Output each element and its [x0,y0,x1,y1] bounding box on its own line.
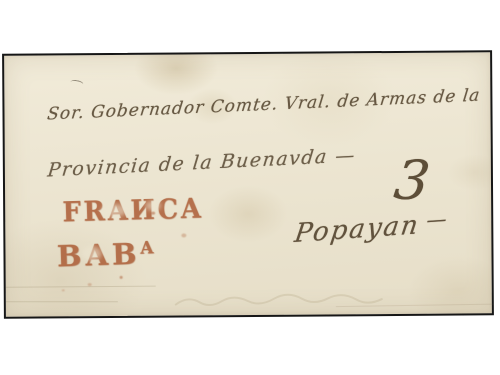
stamp-wear-patch [145,201,161,211]
ink-speck [181,233,186,237]
stamp-wear-patch [81,246,101,261]
small-pen-mark [70,79,84,87]
destination-name: Popayan [293,210,422,249]
ink-speck [62,289,65,291]
destination-script: Popayan — [293,206,449,249]
postmark-baba-superscript: A [140,238,154,258]
ink-speck [120,276,123,279]
ink-speck [151,212,155,215]
photo-canvas: Sor. Gobernador Comte. Vral. de Armas de… [0,0,500,375]
manuscript-rate-marking: 3 [391,148,434,212]
offset-writing-smudge [174,289,394,313]
postmark-baba: BABA [56,236,154,273]
postmark-franca: FRAИCA [62,193,204,228]
address-line-1: Sor. Gobernador Comte. Vral. de Armas de… [46,85,481,124]
address-line-2: Provincia de la Buenavda — [46,144,357,181]
paper-crease [6,301,118,302]
paper-crease [6,286,156,288]
postal-cover: Sor. Gobernador Comte. Vral. de Armas de… [2,50,494,318]
destination-flourish: — [419,206,449,232]
